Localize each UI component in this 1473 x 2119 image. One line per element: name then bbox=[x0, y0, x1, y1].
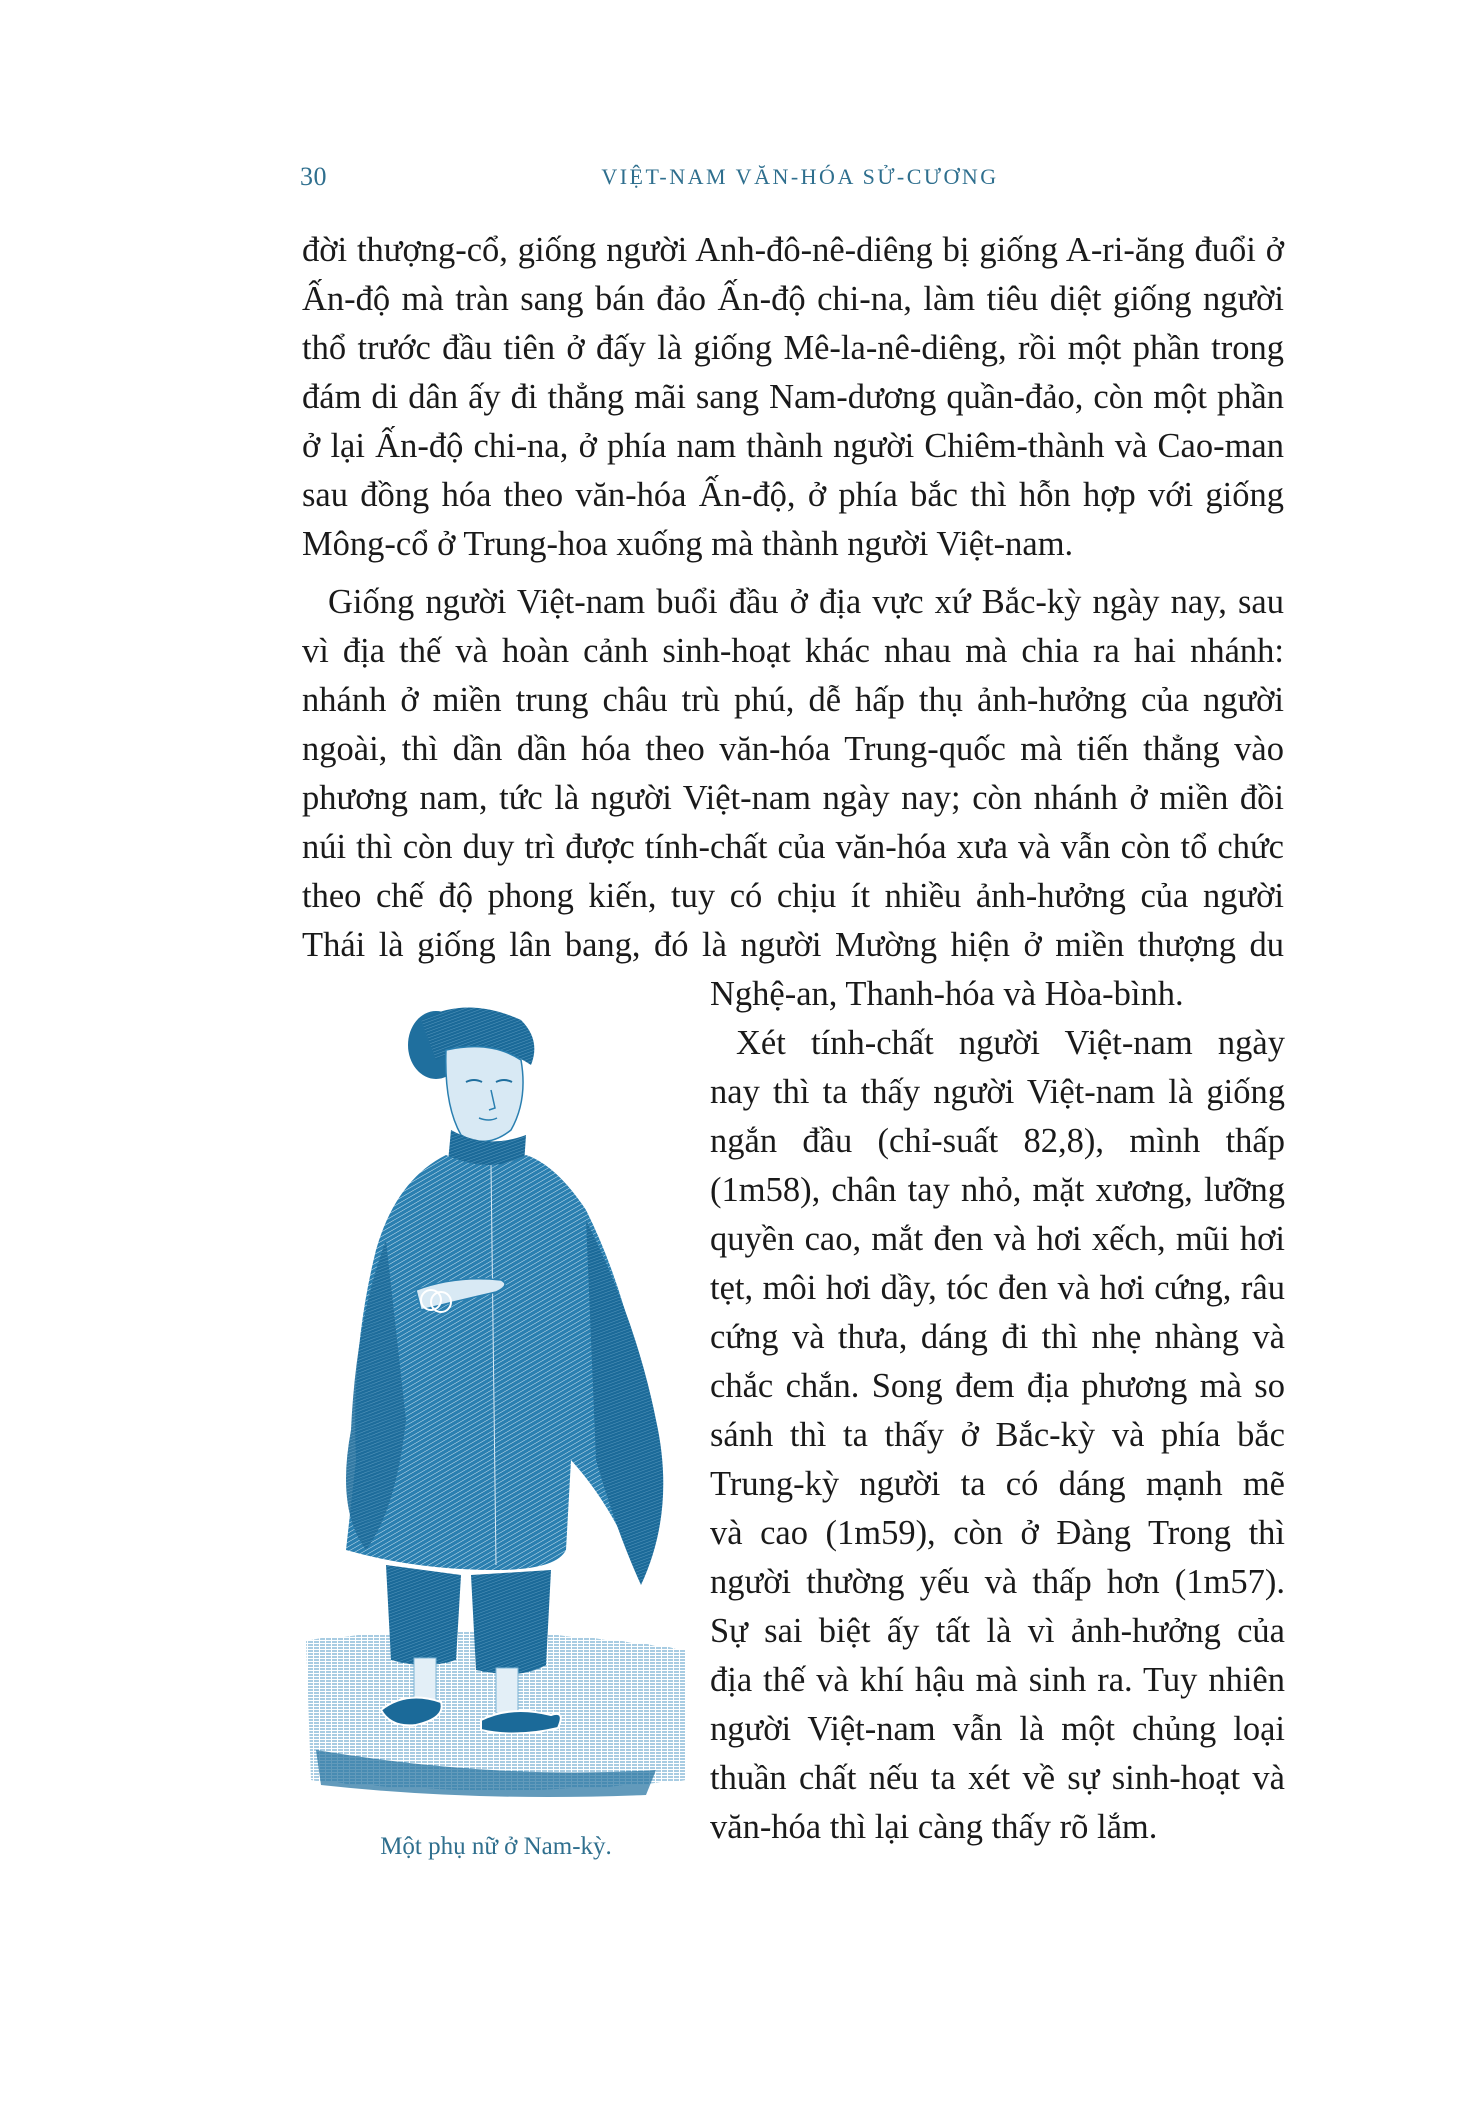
paragraph-branches: Giống người Việt-nam buổi đầu ở địa vực … bbox=[302, 578, 1284, 970]
text-line: Mông-cổ ở Trung-hoa xuống mà thành người… bbox=[302, 520, 1284, 569]
text-line: vì địa thế và hoàn cảnh sinh-hoạt khác n… bbox=[302, 627, 1284, 676]
woman-engraving-icon bbox=[296, 990, 696, 1820]
text-line: thổ trước đầu tiên ở đấy là giống Mê-la-… bbox=[302, 324, 1284, 373]
text-line: phương nam, tức là người Việt-nam ngày n… bbox=[302, 774, 1284, 823]
illustration-woman-nam-ky bbox=[296, 990, 696, 1820]
text-line: và cao (1m59), còn ở Đàng Trong thì bbox=[710, 1509, 1285, 1558]
text-line: sau đồng hóa theo văn-hóa Ấn-độ, ở phía … bbox=[302, 471, 1284, 520]
paragraph-branches-end: Nghệ-an, Thanh-hóa và Hòa-bình. bbox=[710, 970, 1285, 1019]
text-line: theo chế độ phong kiến, tuy có chịu ít n… bbox=[302, 872, 1284, 921]
text-line: ngắn đầu (chỉ-suất 82,8), mình thấp bbox=[710, 1117, 1285, 1166]
text-line: người Việt-nam vẫn là một chủng loại bbox=[710, 1705, 1285, 1754]
text-line: người thường yếu và thấp hơn (1m57). bbox=[710, 1558, 1285, 1607]
running-header: 30 VIỆT-NAM VĂN-HÓA SỬ-CƯƠNG bbox=[300, 162, 1300, 202]
text-line: Thái là giống lân bang, đó là người Mườn… bbox=[302, 921, 1284, 970]
text-line: ở lại Ấn-độ chi-na, ở phía nam thành ngư… bbox=[302, 422, 1284, 471]
text-line: Giống người Việt-nam buổi đầu ở địa vực … bbox=[302, 578, 1284, 627]
text-line: Sự sai biệt ấy tất là vì ảnh-hưởng của bbox=[710, 1607, 1285, 1656]
text-line: cứng và thưa, dáng đi thì nhẹ nhàng và bbox=[710, 1313, 1285, 1362]
text-line: Trung-kỳ người ta có dáng mạnh mẽ bbox=[710, 1460, 1285, 1509]
text-line: quyền cao, mắt đen và hơi xếch, mũi hơi bbox=[710, 1215, 1285, 1264]
text-line: đám di dân ấy đi thẳng mãi sang Nam-dươn… bbox=[302, 373, 1284, 422]
paragraph-characteristics: Xét tính-chất người Việt-nam ngày nay th… bbox=[710, 1019, 1285, 1852]
text-line: thuần chất nếu ta xét về sự sinh-hoạt và bbox=[710, 1754, 1285, 1803]
text-line: địa thế và khí hậu mà sinh ra. Tuy nhiên bbox=[710, 1656, 1285, 1705]
text-line: ngoài, thì dần dần hóa theo văn-hóa Trun… bbox=[302, 725, 1284, 774]
text-line: sánh thì ta thấy ở Bắc-kỳ và phía bắc bbox=[710, 1411, 1285, 1460]
text-line: chắc chắn. Song đem địa phương mà so bbox=[710, 1362, 1285, 1411]
text-line: nhánh ở miền trung châu trù phú, dễ hấp … bbox=[302, 676, 1284, 725]
text-line: Nghệ-an, Thanh-hóa và Hòa-bình. bbox=[710, 970, 1285, 1019]
figure-caption: Một phụ nữ ở Nam-kỳ. bbox=[296, 1833, 696, 1861]
running-title: VIỆT-NAM VĂN-HÓA SỬ-CƯƠNG bbox=[300, 164, 1300, 190]
text-line: nay thì ta thấy người Việt-nam là giống bbox=[710, 1068, 1285, 1117]
text-line: núi thì còn duy trì được tính-chất của v… bbox=[302, 823, 1284, 872]
text-line: Xét tính-chất người Việt-nam ngày bbox=[710, 1019, 1285, 1068]
text-line: Ấn-độ mà tràn sang bán đảo Ấn-độ chi-na,… bbox=[302, 275, 1284, 324]
text-line: văn-hóa thì lại càng thấy rõ lắm. bbox=[710, 1803, 1285, 1852]
text-line: đời thượng-cổ, giống người Anh-đô-nê-diê… bbox=[302, 226, 1284, 275]
text-line: (1m58), chân tay nhỏ, mặt xương, lưỡng bbox=[710, 1166, 1285, 1215]
paragraph-continued: đời thượng-cổ, giống người Anh-đô-nê-diê… bbox=[302, 226, 1284, 569]
text-line: tẹt, môi hơi dầy, tóc đen và hơi cứng, r… bbox=[710, 1264, 1285, 1313]
